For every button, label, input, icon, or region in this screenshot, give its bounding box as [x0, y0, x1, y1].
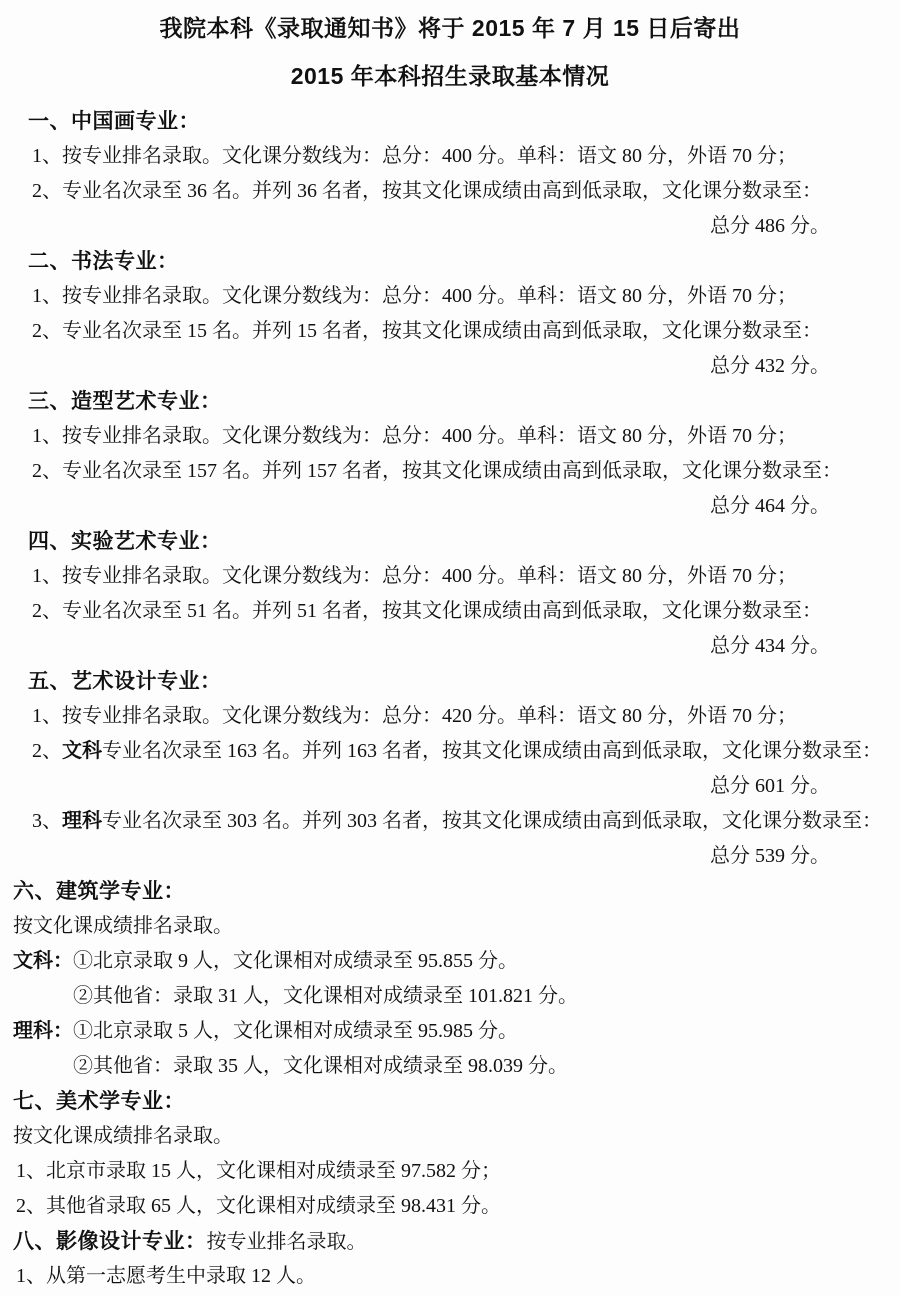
section-intro: 按文化课成绩排名录取。	[0, 1119, 900, 1154]
section-chinese-painting: 一、中国画专业： 1、按专业排名录取。文化课分数线为：总分：400 分。单科：语…	[0, 104, 900, 244]
section-heading: 二、书法专业：	[0, 244, 900, 279]
item-text: 专业名次录至 303 名。并列 303 名者，按其文化课成绩由高到低录取，文化课…	[102, 810, 882, 832]
item-bold-term: 文科	[62, 740, 102, 762]
total-score: 总分 601 分。	[0, 769, 900, 804]
total-score: 总分 539 分。	[0, 839, 900, 874]
science-track-line2: ②其他省：录取 35 人，文化课相对成绩录至 98.039 分。	[0, 1049, 900, 1084]
section-image-design: 八、影像设计专业：按专业排名录取。 1、从第一志愿考生中录取 12 人。	[0, 1224, 900, 1294]
document-title: 我院本科《录取通知书》将于 2015 年 7 月 15 日后寄出	[0, 12, 900, 44]
section-heading: 六、建筑学专业：	[0, 874, 900, 909]
section-fine-arts: 三、造型艺术专业： 1、按专业排名录取。文化课分数线为：总分：400 分。单科：…	[0, 384, 900, 524]
document-subtitle: 2015 年本科招生录取基本情况	[0, 60, 900, 92]
section-architecture: 六、建筑学专业： 按文化课成绩排名录取。 文科：①北京录取 9 人，文化课相对成…	[0, 874, 900, 1084]
section-heading: 一、中国画专业：	[0, 104, 900, 139]
total-score: 总分 486 分。	[0, 209, 900, 244]
section-art-history: 七、美术学专业： 按文化课成绩排名录取。 1、北京市录取 15 人，文化课相对成…	[0, 1084, 900, 1224]
item-number: 3、	[32, 810, 62, 832]
section-heading: 三、造型艺术专业：	[0, 384, 900, 419]
total-score: 总分 434 分。	[0, 629, 900, 664]
section-item: 2、专业名次录至 157 名。并列 157 名者，按其文化课成绩由高到低录取，文…	[0, 454, 900, 489]
section-calligraphy: 二、书法专业： 1、按专业排名录取。文化课分数线为：总分：400 分。单科：语文…	[0, 244, 900, 384]
section-item: 2、文科专业名次录至 163 名。并列 163 名者，按其文化课成绩由高到低录取…	[0, 734, 900, 769]
science-track-line: 理科：①北京录取 5 人，文化课相对成绩录至 95.985 分。	[0, 1014, 900, 1049]
section-art-design: 五、艺术设计专业： 1、按专业排名录取。文化课分数线为：总分：420 分。单科：…	[0, 664, 900, 874]
track-text: ①北京录取 5 人，文化课相对成绩录至 95.985 分。	[73, 1020, 518, 1042]
section-intro: 按文化课成绩排名录取。	[0, 909, 900, 944]
section-item: 1、从第一志愿考生中录取 12 人。	[0, 1259, 900, 1294]
section-item: 1、北京市录取 15 人，文化课相对成绩录至 97.582 分；	[0, 1154, 900, 1189]
track-label: 文科：	[13, 950, 73, 972]
section-item: 2、其他省录取 65 人，文化课相对成绩录至 98.431 分。	[0, 1189, 900, 1224]
section-item: 2、专业名次录至 51 名。并列 51 名者，按其文化课成绩由高到低录取，文化课…	[0, 594, 900, 629]
total-score: 总分 432 分。	[0, 349, 900, 384]
arts-track-line: 文科：①北京录取 9 人，文化课相对成绩录至 95.855 分。	[0, 944, 900, 979]
section-item: 2、专业名次录至 15 名。并列 15 名者，按其文化课成绩由高到低录取，文化课…	[0, 314, 900, 349]
track-label: 理科：	[13, 1020, 73, 1042]
section-item: 1、按专业排名录取。文化课分数线为：总分：400 分。单科：语文 80 分，外语…	[0, 559, 900, 594]
heading-bold: 八、影像设计专业：	[13, 1230, 207, 1253]
document-page: 我院本科《录取通知书》将于 2015 年 7 月 15 日后寄出 2015 年本…	[0, 0, 900, 1296]
section-item: 1、按专业排名录取。文化课分数线为：总分：400 分。单科：语文 80 分，外语…	[0, 139, 900, 174]
section-item: 1、按专业排名录取。文化课分数线为：总分：400 分。单科：语文 80 分，外语…	[0, 419, 900, 454]
section-item: 3、理科专业名次录至 303 名。并列 303 名者，按其文化课成绩由高到低录取…	[0, 804, 900, 839]
arts-track-line2: ②其他省：录取 31 人，文化课相对成绩录至 101.821 分。	[0, 979, 900, 1014]
track-text: ①北京录取 9 人，文化课相对成绩录至 95.855 分。	[73, 950, 518, 972]
section-item: 1、按专业排名录取。文化课分数线为：总分：420 分。单科：语文 80 分，外语…	[0, 699, 900, 734]
section-heading: 四、实验艺术专业：	[0, 524, 900, 559]
section-experimental-art: 四、实验艺术专业： 1、按专业排名录取。文化课分数线为：总分：400 分。单科：…	[0, 524, 900, 664]
total-score: 总分 464 分。	[0, 489, 900, 524]
section-heading: 五、艺术设计专业：	[0, 664, 900, 699]
heading-rest: 按专业排名录取。	[207, 1231, 367, 1253]
item-bold-term: 理科	[62, 810, 102, 832]
section-heading: 八、影像设计专业：按专业排名录取。	[0, 1224, 900, 1259]
section-item: 1、按专业排名录取。文化课分数线为：总分：400 分。单科：语文 80 分，外语…	[0, 279, 900, 314]
section-heading: 七、美术学专业：	[0, 1084, 900, 1119]
item-text: 专业名次录至 163 名。并列 163 名者，按其文化课成绩由高到低录取，文化课…	[102, 740, 882, 762]
item-number: 2、	[32, 740, 62, 762]
section-item: 2、专业名次录至 36 名。并列 36 名者，按其文化课成绩由高到低录取，文化课…	[0, 174, 900, 209]
